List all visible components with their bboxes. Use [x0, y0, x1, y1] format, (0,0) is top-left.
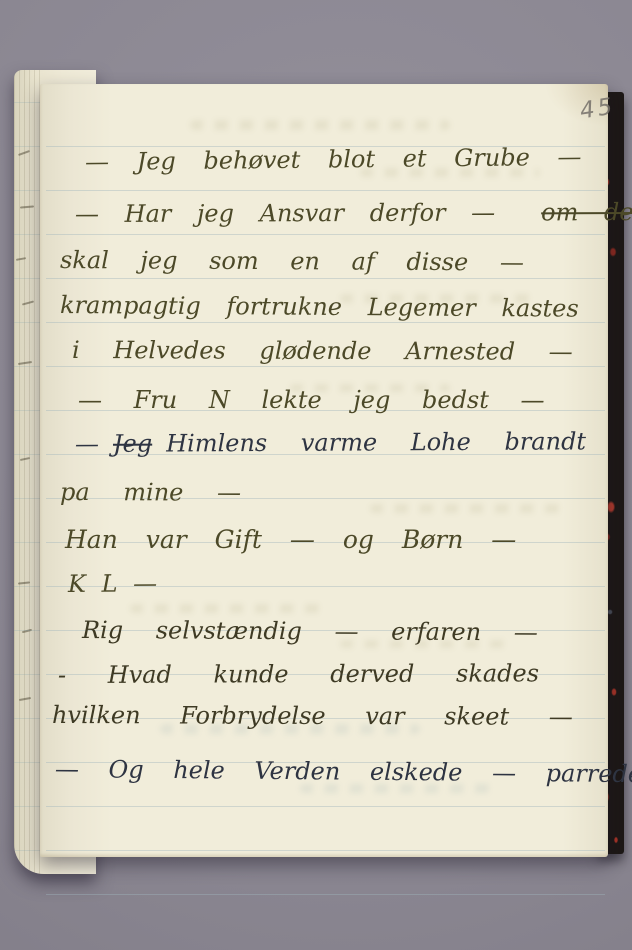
margin-stroke-mark [19, 697, 31, 701]
manuscript-line: — Fru N lekte jeg bedst — [78, 388, 545, 412]
manuscript-line: — Har jeg Ansvar derfor —om der [75, 200, 632, 226]
manuscript: — Jeg behøvet blot et Grube —— Har jeg A… [40, 84, 608, 857]
text-segment: krampagtig fortrukne Legemer kastes [60, 291, 579, 323]
text-segment: Han var Gift — og Børn — [65, 525, 516, 554]
manuscript-line: i Helvedes glødende Arnested — [72, 338, 573, 364]
notebook-page: 45 — Jeg behøvet blot et Grube —— Har je… [40, 84, 608, 857]
text-segment: — Har jeg Ansvar derfor — [75, 199, 495, 228]
struck-text-segment: Jeg [113, 430, 152, 458]
manuscript-line: pa mine — [60, 480, 241, 505]
manuscript-line: — Jeg behøvet blot et Grube — [85, 145, 582, 174]
text-segment: - Hvad kunde derved skades [58, 659, 539, 689]
margin-stroke-mark [16, 257, 26, 261]
manuscript-line: - Hvad kunde derved skades [58, 661, 539, 687]
text-segment: i Helvedes glødende Arnested — [72, 336, 573, 366]
margin-stroke-mark [20, 457, 30, 461]
manuscript-line: krampagtig fortrukne Legemer kastes [60, 293, 579, 321]
manuscript-line: — Og hele Verden elskede — parrede [55, 757, 632, 786]
text-segment: Rig selvstændig — erfaren — [82, 616, 538, 646]
text-segment: — Fru N lekte jeg bedst — [78, 386, 545, 414]
text-segment: — Jeg behøvet blot et Grube — [85, 143, 582, 176]
margin-stroke-mark [22, 300, 34, 305]
photo-surface: 45 — Jeg behøvet blot et Grube —— Har je… [0, 0, 632, 950]
margin-stroke-mark [20, 205, 34, 208]
text-segment: pa mine — [60, 478, 241, 507]
text-segment: Himlens varme Lohe brandt [166, 427, 586, 457]
margin-stroke-mark [18, 581, 30, 584]
manuscript-line: Han var Gift — og Børn — [65, 527, 516, 552]
margin-stroke-mark [18, 150, 30, 156]
margin-stroke-mark [22, 629, 32, 633]
struck-text-segment: om der [541, 198, 632, 226]
margin-stroke-mark [18, 361, 32, 365]
text-segment: skal jeg som en af disse — [60, 246, 524, 276]
ruled-line [46, 894, 605, 895]
manuscript-line: skal jeg som en af disse — [60, 248, 524, 274]
manuscript-line: —JegHimlens varme Lohe brandt [75, 429, 586, 456]
text-segment: hvilken Forbrydelse var skeet — [52, 701, 573, 731]
text-segment: K L — [68, 569, 157, 598]
text-segment: — [75, 430, 99, 458]
manuscript-line: K L — [68, 571, 157, 596]
manuscript-line: hvilken Forbrydelse var skeet — [52, 703, 573, 729]
manuscript-line: Rig selvstændig — erfaren — [82, 618, 538, 644]
text-segment: — Og hele Verden elskede — parrede [55, 755, 632, 788]
